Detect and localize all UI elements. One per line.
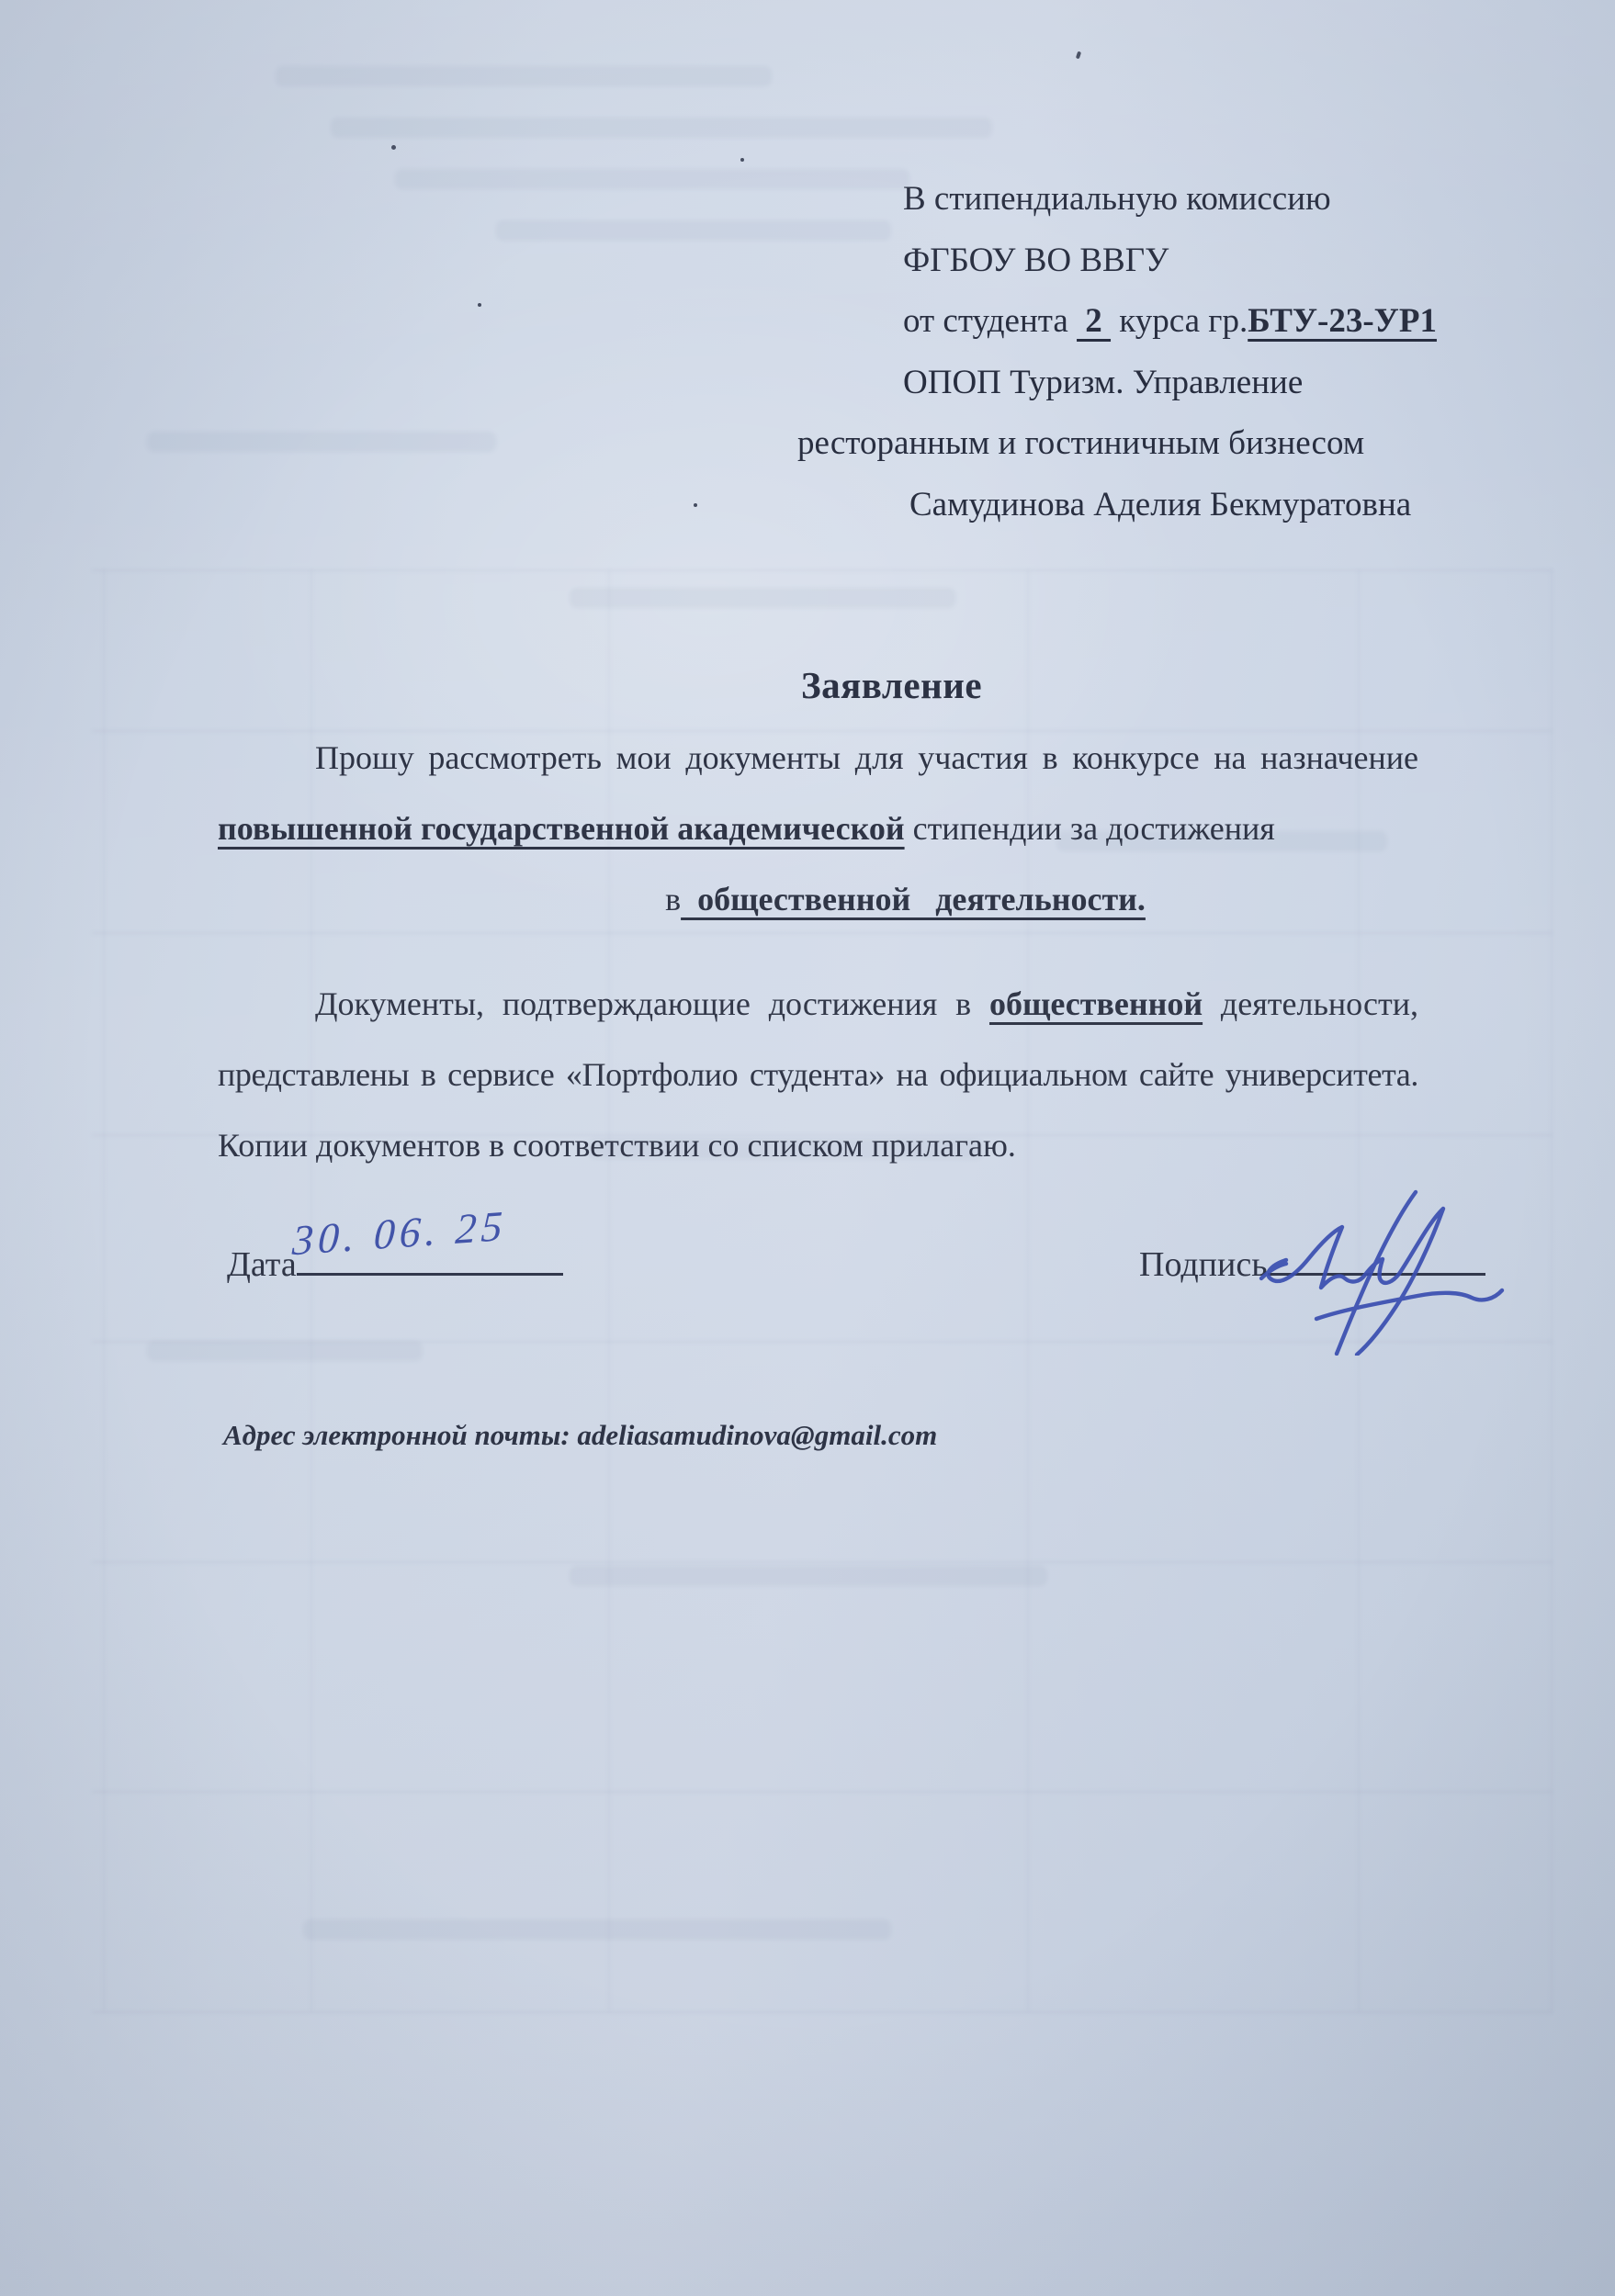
- bleedthrough-rule: [92, 932, 1553, 934]
- bleedthrough-rule: [92, 1561, 1553, 1563]
- program-line-1: ОПОП Туризм. Управление: [903, 364, 1303, 403]
- scholarship-type-emphasis: повышенной государственной академической: [218, 810, 905, 847]
- bleedthrough-text-bar: [147, 1341, 423, 1361]
- bleedthrough-text-bar: [147, 432, 496, 452]
- bleedthrough-text-bar: [276, 66, 772, 86]
- bleedthrough-rule: [1027, 569, 1029, 2011]
- paragraph1-line1-text: Прошу рассмотреть мои документы для учас…: [315, 739, 1418, 776]
- paragraph2-line1-part2: деятельности,: [1203, 985, 1418, 1022]
- program-name-continued: ресторанным и гостиничным бизнесом: [797, 424, 1364, 462]
- paragraph2-line1-part1: Документы, подтверждающие достижения в: [315, 985, 989, 1022]
- bleedthrough-rule: [92, 730, 1553, 732]
- paper-speck: [740, 158, 744, 162]
- bleedthrough-rule: [92, 2011, 1553, 2013]
- from-prefix: от студента: [903, 302, 1068, 340]
- email-line: Адрес электронной почты: adeliasamudinov…: [223, 1419, 937, 1452]
- course-suffix: курса гр.: [1119, 302, 1248, 340]
- group-code: БТУ-23-УР1: [1248, 302, 1437, 340]
- paragraph2-line3-text: Копии документов в соответствии со списк…: [218, 1127, 1016, 1164]
- paragraph2-line1: Документы, подтверждающие достижения в о…: [218, 985, 1418, 1024]
- paragraph1-line2-rest: стипендии за достижения: [905, 810, 1275, 847]
- activity-prefix: в: [665, 881, 681, 917]
- paragraph2-line2-text: представлены в сервисе «Портфолио студен…: [218, 1056, 1418, 1093]
- paragraph1-line3: в общественной деятельности.: [305, 880, 1506, 918]
- activity-word-emphasis: общественной: [989, 985, 1203, 1022]
- paragraph1-line1: Прошу рассмотреть мои документы для учас…: [218, 738, 1418, 778]
- recipient-line-2: ФГБОУ ВО ВВГУ: [903, 242, 1169, 281]
- email-label: Адрес электронной почты:: [223, 1419, 570, 1451]
- paper-speck: [1076, 51, 1081, 60]
- student-full-name: Самудинова Аделия Бекмуратовна: [909, 486, 1411, 523]
- activity-field-emphasis: общественной деятельности.: [681, 881, 1146, 917]
- email-value: adeliasamudinova@gmail.com: [577, 1419, 937, 1451]
- student-name-line: Самудинова Аделия Бекмуратовна: [909, 486, 1411, 525]
- document-title-line: Заявление: [291, 663, 1492, 707]
- handwritten-signature: [1236, 1154, 1539, 1356]
- bleedthrough-text-bar: [496, 220, 891, 241]
- from-student-line: от студента 2 курса гр.БТУ-23-УР1: [903, 302, 1437, 342]
- bleedthrough-rule: [1551, 569, 1553, 2011]
- course-number: 2: [1077, 302, 1111, 340]
- recipient-line-1: В стипендиальную комиссию: [903, 180, 1331, 219]
- bleedthrough-rule: [608, 569, 610, 2011]
- paper-speck: [391, 145, 396, 150]
- bleedthrough-text-bar: [570, 1566, 1047, 1586]
- bleedthrough-text-bar: [303, 1919, 891, 1940]
- paragraph1-line2: повышенной государственной академической…: [218, 809, 1275, 849]
- recipient-commission-text: В стипендиальную комиссию: [903, 180, 1331, 218]
- university-abbreviation: ФГБОУ ВО ВВГУ: [903, 242, 1169, 279]
- document-photo: В стипендиальную комиссию ФГБОУ ВО ВВГУ …: [0, 0, 1615, 2296]
- date-label: Дата: [227, 1245, 297, 1284]
- bleedthrough-rule: [92, 569, 1553, 571]
- program-line-2: ресторанным и гостиничным бизнесом: [797, 424, 1364, 464]
- paper-speck: [478, 303, 481, 307]
- program-name: ОПОП Туризм. Управление: [903, 364, 1303, 401]
- paper-speck: [694, 503, 697, 507]
- bleedthrough-text-bar: [331, 118, 992, 138]
- bleedthrough-text-bar: [395, 169, 909, 189]
- paragraph2-line3: Копии документов в соответствии со списк…: [218, 1126, 1016, 1165]
- document-title: Заявление: [801, 664, 982, 706]
- bleedthrough-rule: [92, 1791, 1553, 1793]
- bleedthrough-rule: [311, 569, 312, 2011]
- bleedthrough-rule: [103, 569, 105, 2011]
- paragraph2-line2: представлены в сервисе «Портфолио студен…: [218, 1055, 1418, 1095]
- bleedthrough-text-bar: [570, 588, 955, 608]
